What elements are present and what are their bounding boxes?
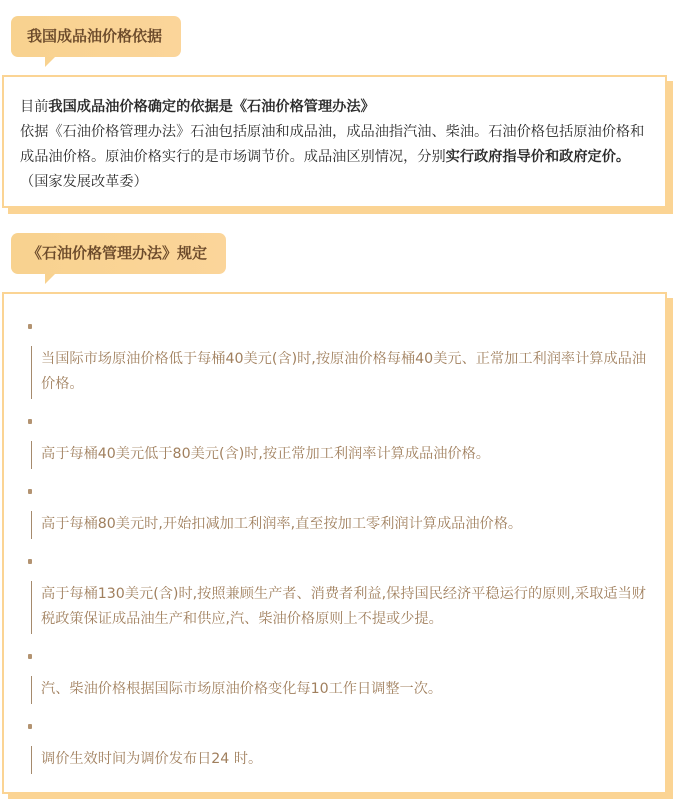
intro-prefix: 目前 — [20, 99, 48, 115]
bullet-icon — [28, 419, 32, 424]
bullet-icon — [28, 724, 32, 729]
list-item: 高于每桶130美元(含)时,按照兼顾生产者、消费者利益,保持国民经济平稳运行的原… — [26, 559, 649, 634]
list-item: 调价生效时间为调价发布日24 时。 — [26, 724, 649, 774]
list-item-text: 高于每桶130美元(含)时,按照兼顾生产者、消费者利益,保持国民经济平稳运行的原… — [31, 581, 649, 634]
bullet-icon — [28, 489, 32, 494]
pricing-basis-box: 目前我国成品油价格确定的依据是《石油价格管理办法》 依据《石油价格管理办法》石油… — [2, 75, 667, 208]
section-title-tag: 我国成品油价格依据 — [11, 16, 181, 57]
list-item: 高于每桶40美元低于80美元(含)时,按正常加工利润率计算成品油价格。 — [26, 419, 649, 469]
list-item-text: 调价生效时间为调价发布日24 时。 — [31, 746, 649, 774]
section-title: 《石油价格管理办法》规定 — [27, 244, 207, 262]
intro-bold: 我国成品油价格确定的依据是《石油价格管理办法》 — [48, 99, 374, 115]
list-item: 当国际市场原油价格低于每桶40美元(含)时,按原油价格每桶40美元、正常加工利润… — [26, 324, 649, 399]
bullet-icon — [28, 559, 32, 564]
list-item: 汽、柴油价格根据国际市场原油价格变化每10工作日调整一次。 — [26, 654, 649, 704]
source-attribution: （国家发展改革委） — [20, 174, 148, 190]
bullet-icon — [28, 324, 32, 329]
regulation-box: 当国际市场原油价格低于每桶40美元(含)时,按原油价格每桶40美元、正常加工利润… — [2, 292, 667, 794]
list-item-text: 当国际市场原油价格低于每桶40美元(含)时,按原油价格每桶40美元、正常加工利润… — [31, 346, 649, 399]
list-item-text: 汽、柴油价格根据国际市场原油价格变化每10工作日调整一次。 — [31, 676, 649, 704]
pricing-basis-body: 依据《石油价格管理办法》石油包括原油和成品油，成品油指汽油、柴油。石油价格包括原… — [20, 120, 649, 195]
list-item: 高于每桶80美元时,开始扣减加工利润率,直至按加工零利润计算成品油价格。 — [26, 489, 649, 539]
body-bold: 实行政府指导价和政府定价。 — [446, 149, 630, 165]
list-item-text: 高于每桶80美元时,开始扣减加工利润率,直至按加工零利润计算成品油价格。 — [31, 511, 649, 539]
section-title: 我国成品油价格依据 — [27, 27, 162, 45]
bullet-icon — [28, 654, 32, 659]
pricing-basis-intro: 目前我国成品油价格确定的依据是《石油价格管理办法》 — [20, 95, 649, 120]
section-title-tag: 《石油价格管理办法》规定 — [11, 233, 226, 274]
list-item-text: 高于每桶40美元低于80美元(含)时,按正常加工利润率计算成品油价格。 — [31, 441, 649, 469]
